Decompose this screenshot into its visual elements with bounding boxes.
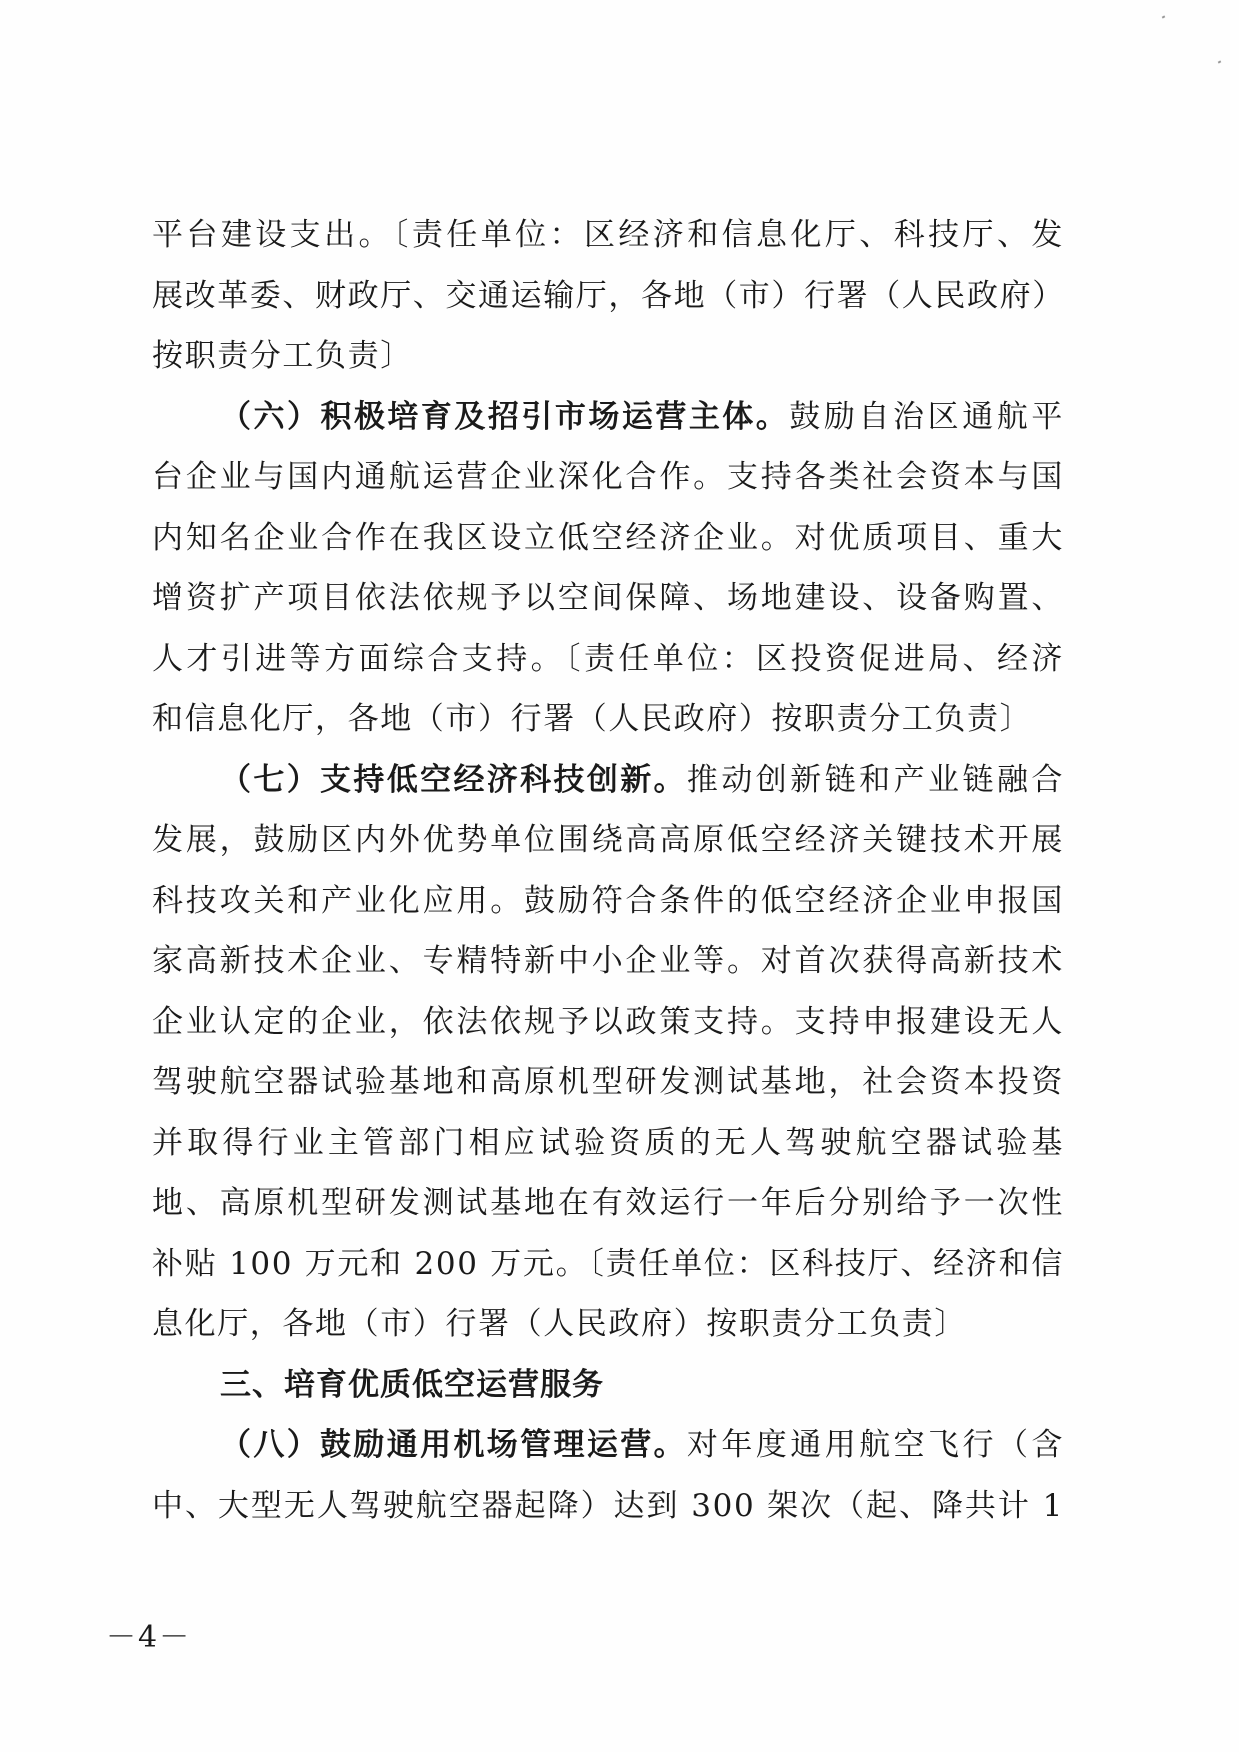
paragraph-line: 驾驶航空器试验基地和高原机型研发测试基地，社会资本投资: [152, 1052, 1064, 1113]
line-text: 并取得行业主管部门相应试验资质的无人驾驶航空器试验基: [152, 1125, 1064, 1161]
scan-speck: [1162, 15, 1166, 18]
paragraph-line: 家高新技术企业、专精特新中小企业等。对首次获得高新技术: [152, 931, 1064, 992]
section-three-heading: 三、培育优质低空运营服务: [152, 1355, 1064, 1416]
section-eight-first-line: （八）鼓励通用机场管理运营。对年度通用航空飞行（含: [152, 1415, 1064, 1476]
document-body: 平台建设支出。〔责任单位：区经济和信息化厅、科技厅、发 展改革委、财政厅、交通运…: [152, 205, 1064, 1536]
paragraph-line: 按职责分工负责〕: [152, 326, 1064, 387]
line-text: 鼓励自治区通航平: [789, 399, 1064, 435]
line-text: 推动创新链和产业链融合: [687, 762, 1064, 798]
line-text: 息化厅，各地（市）行署（人民政府）按职责分工负责〕: [152, 1306, 967, 1342]
paragraph-line: 中、大型无人驾驶航空器起降）达到 300 架次（起、降共计 1: [152, 1476, 1064, 1537]
paragraph-line: 平台建设支出。〔责任单位：区经济和信息化厅、科技厅、发: [152, 205, 1064, 266]
line-text: 平台建设支出。〔责任单位：区经济和信息化厅、科技厅、发: [152, 217, 1064, 253]
paragraph-line: 台企业与国内通航运营企业深化合作。支持各类社会资本与国: [152, 447, 1064, 508]
line-text: 科技攻关和产业化应用。鼓励符合条件的低空经济企业申报国: [152, 883, 1064, 919]
heading-text: 三、培育优质低空运营服务: [220, 1367, 604, 1403]
paragraph-line: 人才引进等方面综合支持。〔责任单位：区投资促进局、经济: [152, 629, 1064, 690]
line-text: 地、高原机型研发测试基地在有效运行一年后分别给予一次性: [152, 1185, 1064, 1221]
line-text: 展改革委、财政厅、交通运输厅，各地（市）行署（人民政府）: [152, 278, 1065, 314]
scan-speck: [1218, 60, 1222, 63]
paragraph-line: 内知名企业合作在我区设立低空经济企业。对优质项目、重大: [152, 508, 1064, 569]
section-seven-first-line: （七）支持低空经济科技创新。推动创新链和产业链融合: [152, 750, 1064, 811]
line-text: 补贴 100 万元和 200 万元。〔责任单位：区科技厅、经济和信: [152, 1246, 1064, 1282]
line-text: 驾驶航空器试验基地和高原机型研发测试基地，社会资本投资: [152, 1064, 1064, 1100]
line-text: 增资扩产项目依法依规予以空间保障、场地建设、设备购置、: [152, 580, 1064, 616]
line-text: 家高新技术企业、专精特新中小企业等。对首次获得高新技术: [152, 943, 1064, 979]
section-seven-title: （七）支持低空经济科技创新。: [220, 762, 687, 798]
document-page: 平台建设支出。〔责任单位：区经济和信息化厅、科技厅、发 展改革委、财政厅、交通运…: [0, 0, 1239, 1752]
page-number: －4－: [106, 1612, 191, 1656]
line-text: 人才引进等方面综合支持。〔责任单位：区投资促进局、经济: [152, 641, 1064, 677]
line-text: 内知名企业合作在我区设立低空经济企业。对优质项目、重大: [152, 520, 1064, 556]
paragraph-line: 息化厅，各地（市）行署（人民政府）按职责分工负责〕: [152, 1294, 1064, 1355]
line-text: 企业认定的企业，依法依规予以政策支持。支持申报建设无人: [152, 1004, 1064, 1040]
line-text: 中、大型无人驾驶航空器起降）达到 300 架次（起、降共计 1: [152, 1488, 1064, 1524]
line-text: 对年度通用航空飞行（含: [687, 1427, 1064, 1463]
paragraph-line: 展改革委、财政厅、交通运输厅，各地（市）行署（人民政府）: [152, 266, 1064, 327]
paragraph-line: 地、高原机型研发测试基地在有效运行一年后分别给予一次性: [152, 1173, 1064, 1234]
line-text: 发展，鼓励区内外优势单位围绕高高原低空经济关键技术开展: [152, 822, 1064, 858]
paragraph-line: 并取得行业主管部门相应试验资质的无人驾驶航空器试验基: [152, 1113, 1064, 1174]
line-text: 和信息化厅，各地（市）行署（人民政府）按职责分工负责〕: [152, 701, 1032, 737]
paragraph-line: 科技攻关和产业化应用。鼓励符合条件的低空经济企业申报国: [152, 871, 1064, 932]
paragraph-line: 发展，鼓励区内外优势单位围绕高高原低空经济关键技术开展: [152, 810, 1064, 871]
section-six-first-line: （六）积极培育及招引市场运营主体。鼓励自治区通航平: [152, 387, 1064, 448]
section-six-title: （六）积极培育及招引市场运营主体。: [220, 399, 789, 435]
line-text: 按职责分工负责〕: [152, 338, 413, 374]
paragraph-line: 增资扩产项目依法依规予以空间保障、场地建设、设备购置、: [152, 568, 1064, 629]
paragraph-line: 补贴 100 万元和 200 万元。〔责任单位：区科技厅、经济和信: [152, 1234, 1064, 1295]
paragraph-line: 和信息化厅，各地（市）行署（人民政府）按职责分工负责〕: [152, 689, 1064, 750]
line-text: 台企业与国内通航运营企业深化合作。支持各类社会资本与国: [152, 459, 1064, 495]
paragraph-line: 企业认定的企业，依法依规予以政策支持。支持申报建设无人: [152, 992, 1064, 1053]
section-eight-title: （八）鼓励通用机场管理运营。: [220, 1427, 687, 1463]
